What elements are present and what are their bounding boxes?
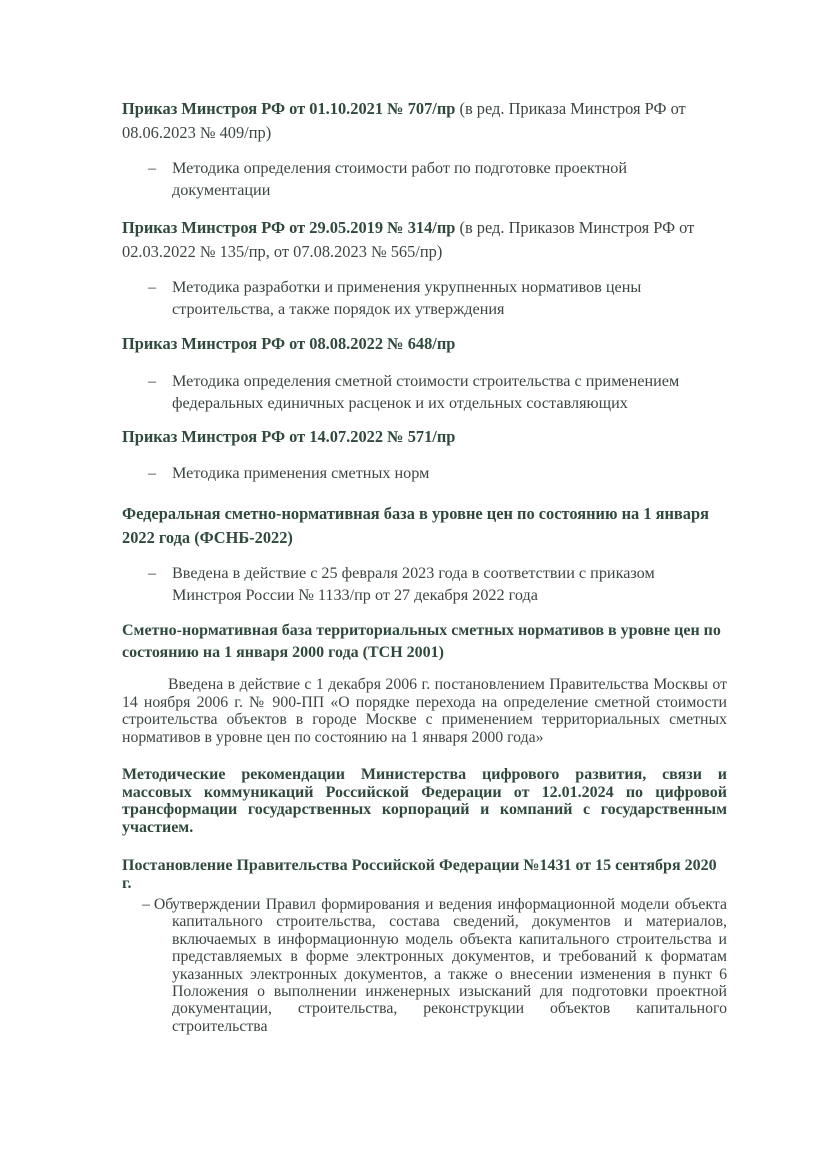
section-order-571: Приказ Минстроя РФ от 14.07.2022 № 571/п… xyxy=(122,425,722,484)
list-item-text: утверждении Правил формирования и ведени… xyxy=(172,896,727,1035)
section-heading: Методические рекомендации Министерства ц… xyxy=(122,766,727,836)
heading-bold-text: Приказ Минстроя РФ от 01.10.2021 № 707/п… xyxy=(122,99,455,118)
list-item-text: Методика применения сметных норм xyxy=(172,464,429,482)
heading-bold-text: Сметно-нормативная база территориальных … xyxy=(122,622,721,661)
section-heading: Сметно-нормативная база территориальных … xyxy=(122,620,727,664)
heading-bold-text: Приказ Минстроя РФ от 08.08.2022 № 648/п… xyxy=(122,334,455,353)
dash-bullet-icon: – xyxy=(148,157,156,179)
dash-bullet-icon: – xyxy=(148,462,156,484)
list-item-text: Методика определения сметной стоимости с… xyxy=(172,372,679,412)
list-item: – Методика разработки и применения укруп… xyxy=(122,276,722,320)
section-heading: Постановление Правительства Российской Ф… xyxy=(122,857,727,893)
list-item-lead: – Об xyxy=(142,896,173,913)
list-item: – Введена в действие с 25 февраля 2023 г… xyxy=(122,562,727,606)
section-tsn-2001: Сметно-нормативная база территориальных … xyxy=(122,620,727,746)
heading-bold-text: Приказ Минстроя РФ от 29.05.2019 № 314/п… xyxy=(122,218,455,237)
section-heading: Приказ Минстроя РФ от 08.08.2022 № 648/п… xyxy=(122,332,722,356)
dash-bullet-icon: – xyxy=(142,896,150,913)
dash-bullet-icon: – xyxy=(148,276,156,298)
list-item-text: Методика разработки и применения укрупне… xyxy=(172,278,641,318)
list-item-lead-word: Об xyxy=(154,896,173,913)
list-item-text: Методика определения стоимости работ по … xyxy=(172,159,627,199)
section-order-707: Приказ Минстроя РФ от 01.10.2021 № 707/п… xyxy=(122,97,722,201)
list-item: – Методика определения стоимости работ п… xyxy=(122,157,722,201)
section-heading: Федеральная сметно-нормативная база в ур… xyxy=(122,502,727,550)
section-fsnb-2022: Федеральная сметно-нормативная база в ур… xyxy=(122,502,727,606)
heading-bold-text: Федеральная сметно-нормативная база в ур… xyxy=(122,504,709,547)
section-heading: Приказ Минстроя РФ от 01.10.2021 № 707/п… xyxy=(122,97,722,145)
heading-bold-text: Приказ Минстроя РФ от 14.07.2022 № 571/п… xyxy=(122,427,455,446)
document-page: Приказ Минстроя РФ от 01.10.2021 № 707/п… xyxy=(0,0,827,1169)
section-heading: Приказ Минстроя РФ от 14.07.2022 № 571/п… xyxy=(122,425,722,449)
list-item: – Методика применения сметных норм xyxy=(122,462,722,484)
section-order-648: Приказ Минстроя РФ от 08.08.2022 № 648/п… xyxy=(122,332,722,414)
list-item: – Методика определения сметной стоимости… xyxy=(122,370,722,414)
section-heading: Приказ Минстроя РФ от 29.05.2019 № 314/п… xyxy=(122,216,722,264)
list-item: – Об утверждении Правил формирования и в… xyxy=(122,896,727,1035)
list-item-text: Введена в действие с 25 февраля 2023 год… xyxy=(172,564,655,604)
section-mintsifry-recommendations: Методические рекомендации Министерства ц… xyxy=(122,766,727,836)
dash-bullet-icon: – xyxy=(148,562,156,584)
section-paragraph: Введена в действие с 1 декабря 2006 г. п… xyxy=(122,676,727,746)
section-order-314: Приказ Минстроя РФ от 29.05.2019 № 314/п… xyxy=(122,216,722,320)
section-decree-1431: Постановление Правительства Российской Ф… xyxy=(122,857,727,1035)
dash-bullet-icon: – xyxy=(148,370,156,392)
